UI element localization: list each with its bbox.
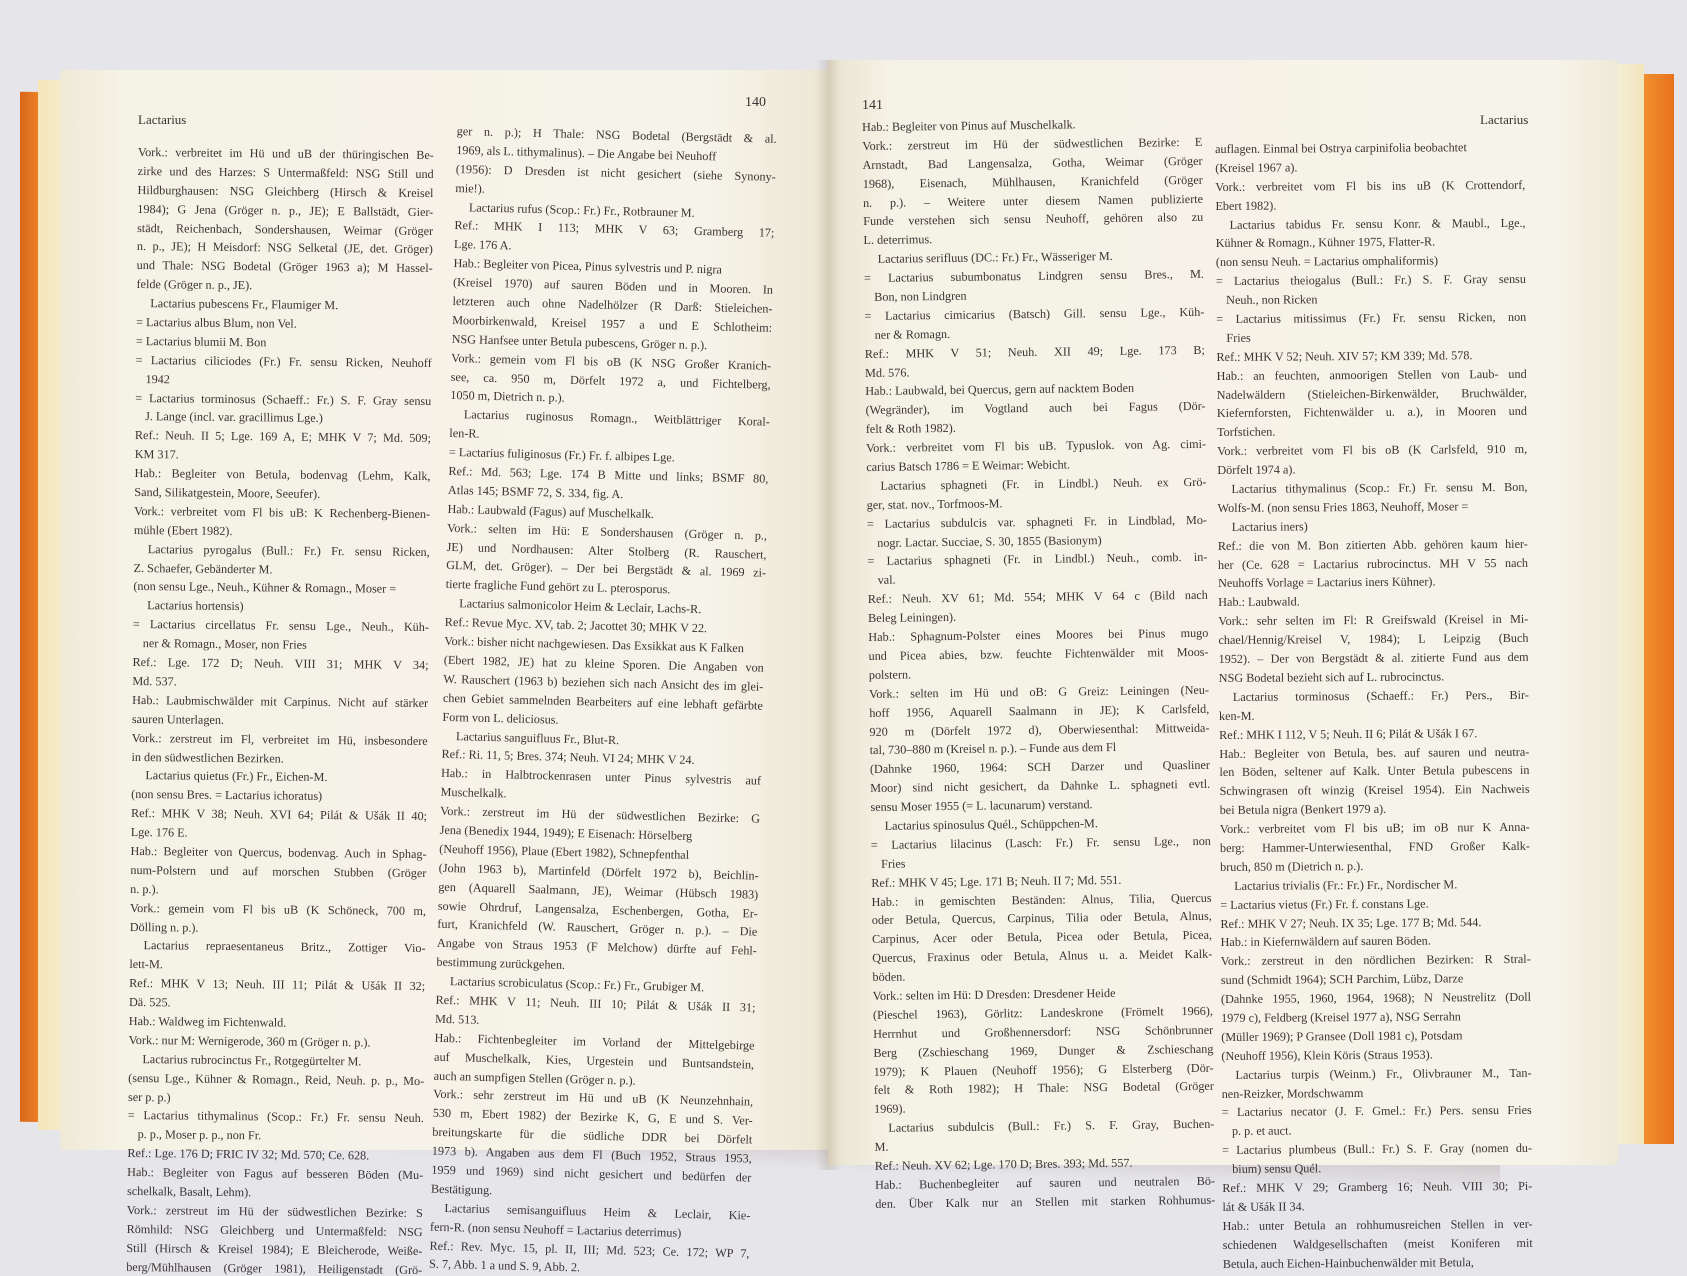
text-line: Lactarius tabidus Fr. sensu Konr. & Maub… bbox=[1216, 213, 1526, 234]
book-cover-right bbox=[1642, 74, 1674, 1144]
book-gutter bbox=[815, 60, 841, 1170]
text-line: Neuhoffs Vorlage = Lactarius iners Kühne… bbox=[1218, 572, 1528, 593]
text-line: sund (Schmidt 1964); SCH Parchim, Lübz, … bbox=[1221, 969, 1531, 990]
text-line: (non sensu Neuh. = Lactarius omphaliform… bbox=[1216, 251, 1526, 272]
text-line: Vork.: zerstreut im Fl, verbreitet im Hü… bbox=[132, 729, 428, 751]
text-line: sauren Unterlagen. bbox=[132, 710, 428, 732]
text-line: NSG Bodetal bezieht sich auf L. rubrocin… bbox=[1219, 667, 1529, 688]
running-head-left: Lactarius bbox=[138, 112, 186, 128]
text-line: schiedenen Waldgesellschaften (meist Kon… bbox=[1223, 1233, 1533, 1254]
text-line: = Lactarius theiogalus (Bull.: Fr.) S. F… bbox=[1216, 270, 1526, 291]
text-line: Hab.: in Kiefernwäldern auf sauren Böden… bbox=[1221, 931, 1531, 952]
text-line: Still (Hirsch & Kreisel 1984); E Bleiche… bbox=[126, 1239, 422, 1261]
text-line: Lactarius iners) bbox=[1218, 516, 1528, 537]
text-line: = Lactarius mitissimus (Fr.) Fr. sensu R… bbox=[1216, 308, 1526, 329]
text-line: Hab.: Begleiter von Betula, bes. auf sau… bbox=[1219, 742, 1529, 763]
text-line: bei Betula nigra (Benkert 1979 a). bbox=[1220, 799, 1530, 820]
text-line: Ref.: MHK I 112, V 5; Neuh. II 6; Pilát … bbox=[1219, 723, 1529, 744]
text-line: 1979 c), Feldberg (Kreisel 1977 a), NSG … bbox=[1221, 1007, 1531, 1028]
text-line: Torfstichen. bbox=[1217, 421, 1527, 442]
text-line: Dörfelt 1974 a). bbox=[1217, 459, 1527, 480]
text-line: Ref.: MHK V 29; Gramberg 16; Neuh. VIII … bbox=[1222, 1177, 1532, 1198]
text-line: Kiefernforsten, Fichtenwälder u. a.), in… bbox=[1217, 402, 1527, 423]
text-line: Lactarius tithymalinus (Scop.: Fr.) Fr. … bbox=[1217, 478, 1527, 499]
text-line: (Neuhoff 1956), Klein Köris (Straus 1953… bbox=[1221, 1045, 1531, 1066]
text-line: den. Über Kalk nur an Stellen mit starke… bbox=[875, 1191, 1215, 1214]
text-line: Vork.: verbreitet vom Fl bis ins uB (K C… bbox=[1215, 176, 1525, 197]
text-line: Ref.: die von M. Bon zitierten Abb. gehö… bbox=[1218, 535, 1528, 556]
text-line: p. p. et auct. bbox=[1222, 1120, 1532, 1141]
text-line: (Dahnke 1955, 1960, 1964, 1968); N Neust… bbox=[1221, 988, 1531, 1009]
left-page-column-1: Vork.: verbreitet im Hü und uB der thüri… bbox=[126, 143, 434, 1276]
text-line: nen-Reizker, Mordschwamm bbox=[1222, 1082, 1532, 1103]
text-line: ken-M. bbox=[1219, 705, 1529, 726]
left-page-column-2: ger n. p.); H Thale: NSG Bodetal (Bergst… bbox=[429, 122, 777, 1276]
text-line: Ebert 1982). bbox=[1215, 195, 1525, 216]
text-line: Ref.: MHK V 13; Neuh. III 11; Pilát & Uš… bbox=[129, 974, 425, 996]
text-line: len Böden, seltener auf Kalk. Unter Betu… bbox=[1219, 761, 1529, 782]
text-line: Lactarius pyrogalus (Bull.: Fr.) Fr. sen… bbox=[134, 540, 430, 562]
running-head-right: Lactarius bbox=[1480, 112, 1528, 128]
text-line: chael/Hennig/Kreisel V, 1984); L Leipzig… bbox=[1218, 629, 1528, 650]
text-line: = Lactarius plumbeus (Bull.: Fr.) S. F. … bbox=[1222, 1139, 1532, 1160]
text-line: (Kreisel 1967 a). bbox=[1215, 157, 1525, 178]
right-page-column-2: auflagen. Einmal bei Ostrya carpinifolia… bbox=[1215, 138, 1533, 1274]
text-line: 1984); G Jena (Gröger n. p., JE); E Ball… bbox=[137, 200, 433, 222]
text-line: (sensu Lge., Kühner & Romagn., Reid, Neu… bbox=[128, 1069, 424, 1091]
right-page-column-1: Hab.: Begleiter von Pinus auf Muschelkal… bbox=[862, 114, 1215, 1214]
text-line: Vork.: verbreitet vom Fl bis oB (K Carls… bbox=[1217, 440, 1527, 461]
text-line: Vork.: verbreitet vom Fl bis uB; im oB n… bbox=[1220, 818, 1530, 839]
text-line: bruch, 850 m (Dietrich n. p.). bbox=[1220, 856, 1530, 877]
text-line: Wolfs-M. (non sensu Fries 1863, Neuhoff,… bbox=[1218, 497, 1528, 518]
text-line: her (Ce. 628 = Lactarius rubrocinctus. M… bbox=[1218, 553, 1528, 574]
text-line: lát & Ušák II 34. bbox=[1222, 1196, 1532, 1217]
text-line: Schwingrasen oft winzig (Kreisel 1954). … bbox=[1219, 780, 1529, 801]
text-line: Lactarius repraesentaneus Britz., Zottig… bbox=[129, 936, 425, 958]
text-line: Lactarius torminosus (Schaeff.: Fr.) Per… bbox=[1219, 686, 1529, 707]
text-line: Lactarius trivialis (Fr.: Fr.) Fr., Nord… bbox=[1220, 875, 1530, 896]
text-line: Nadelwäldern (Stieleichen-Birkenwälder, … bbox=[1217, 383, 1527, 404]
text-line: Ref.: Lge. 172 D; Neuh. VIII 31; MHK V 3… bbox=[132, 653, 428, 675]
text-line: = Lactarius vietus (Fr.) Fr. f. constans… bbox=[1220, 893, 1530, 914]
text-line: Lactarius rubrocinctus Fr., Rotgegürtelt… bbox=[128, 1050, 424, 1072]
text-line: num-Polstern und auf morschen Stubben (G… bbox=[130, 861, 426, 883]
text-line: Ref.: Neuh. II 5; Lge. 169 A, E; MHK V 7… bbox=[135, 426, 431, 448]
text-line: Fries bbox=[1216, 327, 1526, 348]
text-line: Neuh., non Ricken bbox=[1216, 289, 1526, 310]
text-line: Lactarius turpis (Weinm.) Fr., Olivbraun… bbox=[1221, 1063, 1531, 1084]
text-line: Vork.: gemein vom Fl bis uB (K Schöneck,… bbox=[130, 899, 426, 921]
text-line: = Lactarius necator (J. F. Gmel.: Fr.) P… bbox=[1222, 1101, 1532, 1122]
text-line: Hab.: an feuchten, anmoorigen Stellen vo… bbox=[1217, 365, 1527, 386]
text-line: = Lactarius ciliciodes (Fr.) Fr. sensu R… bbox=[136, 351, 432, 373]
text-line: Ref.: MHK V 27; Neuh. IX 35; Lge. 177 B;… bbox=[1220, 912, 1530, 933]
text-line: Vork.: zerstreut in den nördlichen Bezir… bbox=[1221, 950, 1531, 971]
text-line: 1952). – Der von Bergstädt & al. zitiert… bbox=[1219, 648, 1529, 669]
page-number-left: 140 bbox=[745, 95, 766, 111]
text-line: auflagen. Einmal bei Ostrya carpinifolia… bbox=[1215, 138, 1525, 159]
page-number-right: 141 bbox=[862, 98, 883, 114]
text-line: bium) sensu Quél. bbox=[1222, 1158, 1532, 1179]
text-line: berg: Hammer-Unterwiesenthal, FND Großer… bbox=[1220, 837, 1530, 858]
text-line: Ref.: MHK V 52; Neuh. XIV 57; KM 339; Md… bbox=[1216, 346, 1526, 367]
text-line: Betula, auch Eichen-Hainbuchenwälder mit… bbox=[1223, 1252, 1533, 1273]
text-line: Vork.: sehr selten im Fl: R Greifswald (… bbox=[1218, 610, 1528, 631]
text-line: berg/Mühlhausen (Gröger 1981), Heiligens… bbox=[126, 1257, 422, 1276]
text-line: Hab.: Laubwald. bbox=[1218, 591, 1528, 612]
text-line: Kühner & Romagn., Kühner 1975, Flatter-R… bbox=[1216, 232, 1526, 253]
text-line: (Müller 1969); P Gransee (Doll 1981 c), … bbox=[1221, 1026, 1531, 1047]
text-line: Hab.: unter Betula an rohhumusreichen St… bbox=[1223, 1215, 1533, 1236]
